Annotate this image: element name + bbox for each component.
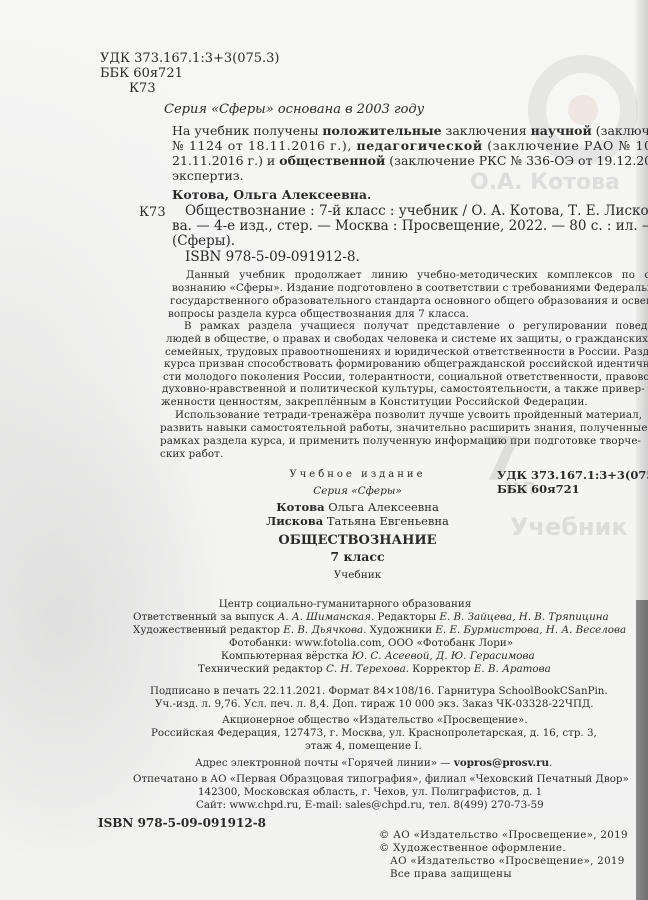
text: (заключение РАО	[592, 123, 648, 138]
annotation-line: вознанию «Сферы». Издание подготовлено в…	[172, 283, 648, 293]
text: Технический редактор	[198, 663, 326, 675]
text-bold: Лискова	[266, 514, 323, 528]
text: Компьютерная вёрстка	[221, 650, 352, 662]
text-bold: общественной	[279, 153, 385, 168]
text: На учебник получены	[172, 123, 322, 138]
bib-author: Котова, Ольга Алексеевна.	[172, 189, 371, 202]
print-info-line-2: Уч.-изд. л. 9,76. Усл. печ. л. 8,4. Доп.…	[155, 699, 594, 709]
printer-line-2: 142300, Московская область, г. Чехов, ул…	[198, 787, 542, 797]
hotline: Адрес электронной почты «Горячей линии» …	[195, 758, 552, 768]
annotation-line: рамках раздела курса, и применить получе…	[160, 436, 641, 446]
credits-line-1: Ответственный за выпуск А. А. Шиманская.…	[133, 612, 609, 622]
text-italic: Е. В. Аратова	[474, 663, 551, 675]
annotation-line: курса призван способствовать формировани…	[164, 359, 648, 369]
text: 21.11.2016 г.) и	[172, 153, 279, 168]
udk-code-bottom: УДК 373.167.1:3+3(075.3)	[497, 470, 648, 482]
annotation-line: В рамках раздела учащиеся получат предст…	[184, 321, 648, 331]
publisher-line-3: этаж 4, помещение I.	[305, 741, 422, 751]
copyright-line-2: © Художественное оформление.	[379, 843, 566, 853]
publisher-line-2: Российская Федерация, 127473, г. Москва,…	[151, 728, 597, 738]
credits-line-5: Технический редактор С. Н. Терехова. Кор…	[198, 664, 551, 674]
annotation-line: сти молодого поколения России, толерантн…	[163, 372, 648, 382]
edition-series: Серия «Сферы»	[200, 486, 515, 497]
bbk-code: ББК 60я721	[100, 67, 183, 80]
approvals-line-2: № 1124 от 18.11.2016 г.), педагогической…	[172, 140, 648, 153]
text-bold: Котова	[276, 500, 324, 514]
udk-code: УДК 373.167.1:3+3(075.3)	[100, 52, 280, 65]
annotation-line: людей в обществе, о правах и свободах че…	[166, 334, 648, 344]
text-bold: педагогической	[357, 138, 483, 153]
copyright-line-3: АО «Издательство «Просвещение», 2019	[390, 856, 625, 866]
text: . Художники	[363, 624, 435, 636]
edition-kind: Учебник	[200, 570, 515, 581]
approvals-line-4: экспертиз.	[172, 170, 244, 183]
text-bold: научной	[531, 123, 592, 138]
credits-center: Центр социально-гуманитарного образовани…	[110, 599, 580, 609]
annotation-line: семейных, трудовых правоотношениях и юри…	[165, 347, 648, 357]
text-italic: Е. Е. Бурмистрова, Н. А. Веселова	[435, 624, 626, 636]
credits-line-3: Фотобанки: www.fotolia.com, ООО «Фотобан…	[229, 638, 513, 648]
page-edge-dark	[636, 600, 648, 900]
text: . Корректор	[406, 663, 474, 675]
copyright-line-1: © АО «Издательство «Просвещение», 2019	[379, 830, 628, 840]
text: Татьяна Евгеньевна	[323, 514, 449, 528]
annotation-line: духовно-нравственной и политической куль…	[162, 384, 645, 394]
text-italic: Е. В. Зайцева, Н. В. Тряпицина	[439, 611, 608, 623]
approvals-line-3: 21.11.2016 г.) и общественной (заключени…	[172, 155, 648, 168]
edition-author-1: Котова Ольга Алексеевна	[200, 502, 515, 514]
bleed-through-author: О.А. Котова	[470, 170, 620, 195]
edition-type: Учебное издание	[200, 470, 515, 480]
text: (заключение РАО № 1015 от	[483, 138, 648, 153]
text: Ольга Алексеевна	[325, 500, 439, 514]
author-mark: К73	[129, 82, 156, 95]
print-info-line-1: Подписано в печать 22.11.2021. Формат 84…	[150, 686, 608, 696]
hotline-email: vopros@prosv.ru	[454, 757, 549, 769]
annotation-line: государственного образовательного станда…	[170, 296, 648, 306]
publisher-line-1: Акционерное общество «Издательство «Прос…	[222, 715, 528, 725]
text: № 1124 от 18.11.2016 г.),	[172, 138, 357, 153]
bib-line-1: Обществознание : 7-й класс : учебник / О…	[185, 205, 648, 219]
text-italic: С. Н. Терехова	[326, 663, 406, 675]
text: Ответственный за выпуск	[133, 611, 278, 623]
text: .	[549, 757, 552, 769]
bib-author-mark: К73	[139, 206, 166, 219]
text-italic: Е. В. Дьячкова	[283, 624, 363, 636]
text: . Редакторы	[371, 611, 439, 623]
text: Адрес электронной почты «Горячей линии» …	[195, 757, 454, 769]
edition-grade: 7 класс	[200, 551, 515, 564]
bib-line-2: ва. — 4-е изд., стер. — Москва : Просвещ…	[172, 220, 648, 234]
text-bold: положительные	[322, 123, 441, 138]
annotation-line: Использование тетради-тренажёра позволит…	[175, 410, 642, 420]
text: заключения	[442, 123, 531, 138]
bleed-through-textbook: Учебник	[510, 513, 628, 541]
approvals-line-1: На учебник получены положительные заключ…	[172, 125, 648, 138]
annotation-line: женности ценностям, закреплённым в Конст…	[161, 397, 588, 407]
bib-line-3: (Сферы).	[172, 235, 235, 249]
credits-line-2: Художественный редактор Е. В. Дьячкова. …	[133, 625, 626, 635]
bib-isbn: ISBN 978-5-09-091912-8.	[185, 251, 360, 265]
annotation-line: вопросы раздела курса обществознания для…	[168, 309, 469, 319]
printer-line-3: Сайт: www.chpd.ru, E-mail: sales@chpd.ru…	[196, 800, 544, 810]
text: Художественный редактор	[133, 624, 283, 636]
annotation-line: развить навыки самостоятельной работы, з…	[160, 423, 648, 433]
series-note: Серия «Сферы» основана в 2003 году	[164, 103, 424, 116]
annotation-line: ских работ.	[160, 449, 223, 459]
text-italic: А. А. Шиманская	[278, 611, 371, 623]
edition-title: ОБЩЕСТВОЗНАНИЕ	[200, 534, 515, 547]
credits-line-4: Компьютерная вёрстка Ю. С. Асеевой, Д. Ю…	[221, 651, 535, 661]
text: (заключение РКС № 336-ОЭ от 19.12.2016 г…	[385, 153, 648, 168]
isbn-bottom: ISBN 978-5-09-091912-8	[98, 817, 266, 829]
printer-line-1: Отпечатано в АО «Первая Образцовая типог…	[133, 774, 629, 784]
text-italic: Ю. С. Асеевой, Д. Ю. Герасимова	[352, 650, 535, 662]
copyright-line-4: Все права защищены	[390, 869, 512, 879]
annotation-line: Данный учебник продолжает линию учебно-м…	[186, 270, 648, 280]
edition-author-2: Лискова Татьяна Евгеньевна	[200, 516, 515, 528]
